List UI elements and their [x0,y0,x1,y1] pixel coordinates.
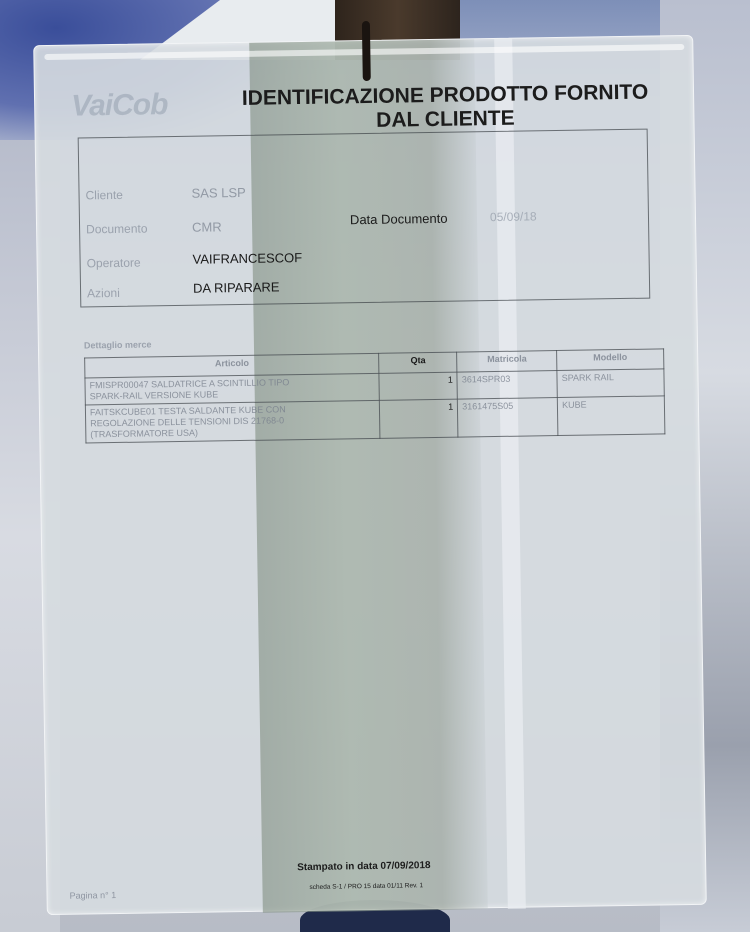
field-value-cliente: SAS LSP [191,182,451,201]
document-title: IDENTIFICAZIONE PRODOTTO FORNITO DAL CLI… [235,80,656,135]
azioni-text: DA RIPARARE [193,279,280,295]
goods-table: Articolo Qta Matricola Modello FMISPR000… [84,348,665,443]
col-qta: Qta [379,352,457,373]
field-label-cliente: Cliente [85,187,185,203]
header-box: Cliente SAS LSP Documento CMR Operatore … [78,129,651,308]
cell-matricola: 3614SPR03 [457,371,557,400]
hanging-string [362,21,371,81]
col-matricola: Matricola [457,351,557,373]
cell-qta: 1 [379,372,457,400]
data-documento-label: Data Documento [350,211,448,228]
cell-modello: KUBE [557,396,664,436]
col-modello: Modello [557,349,664,371]
page-number: Pagina n° 1 [69,890,116,901]
data-documento-value: 05/09/18 [490,209,537,224]
field-label-operatore: Operatore [87,255,187,271]
table-row: FAITSKCUBE01 TESTA SALDANTE KUBE CONREGO… [85,396,665,443]
cell-matricola: 3161475S05 [458,398,558,438]
operatore-text: VAIFRANCESCOF [192,250,302,267]
document-sheet: VaiCob IDENTIFICAZIONE PRODOTTO FORNITO … [33,35,707,915]
cell-qta: 1 [380,399,458,438]
field-label-documento: Documento [86,221,186,237]
cell-articolo: FAITSKCUBE01 TESTA SALDANTE KUBE CONREGO… [85,400,380,443]
field-value-operatore: VAIFRANCESCOF [192,248,452,267]
detail-section-label: Dettaglio merce [84,339,152,350]
field-label-azioni: Azioni [87,285,187,301]
printed-date: Stampato in data 07/09/2018 [297,860,431,873]
field-value-azioni: DA RIPARARE [193,277,453,296]
company-logo: VaiCob [71,88,168,124]
cell-modello: SPARK RAIL [557,369,664,398]
